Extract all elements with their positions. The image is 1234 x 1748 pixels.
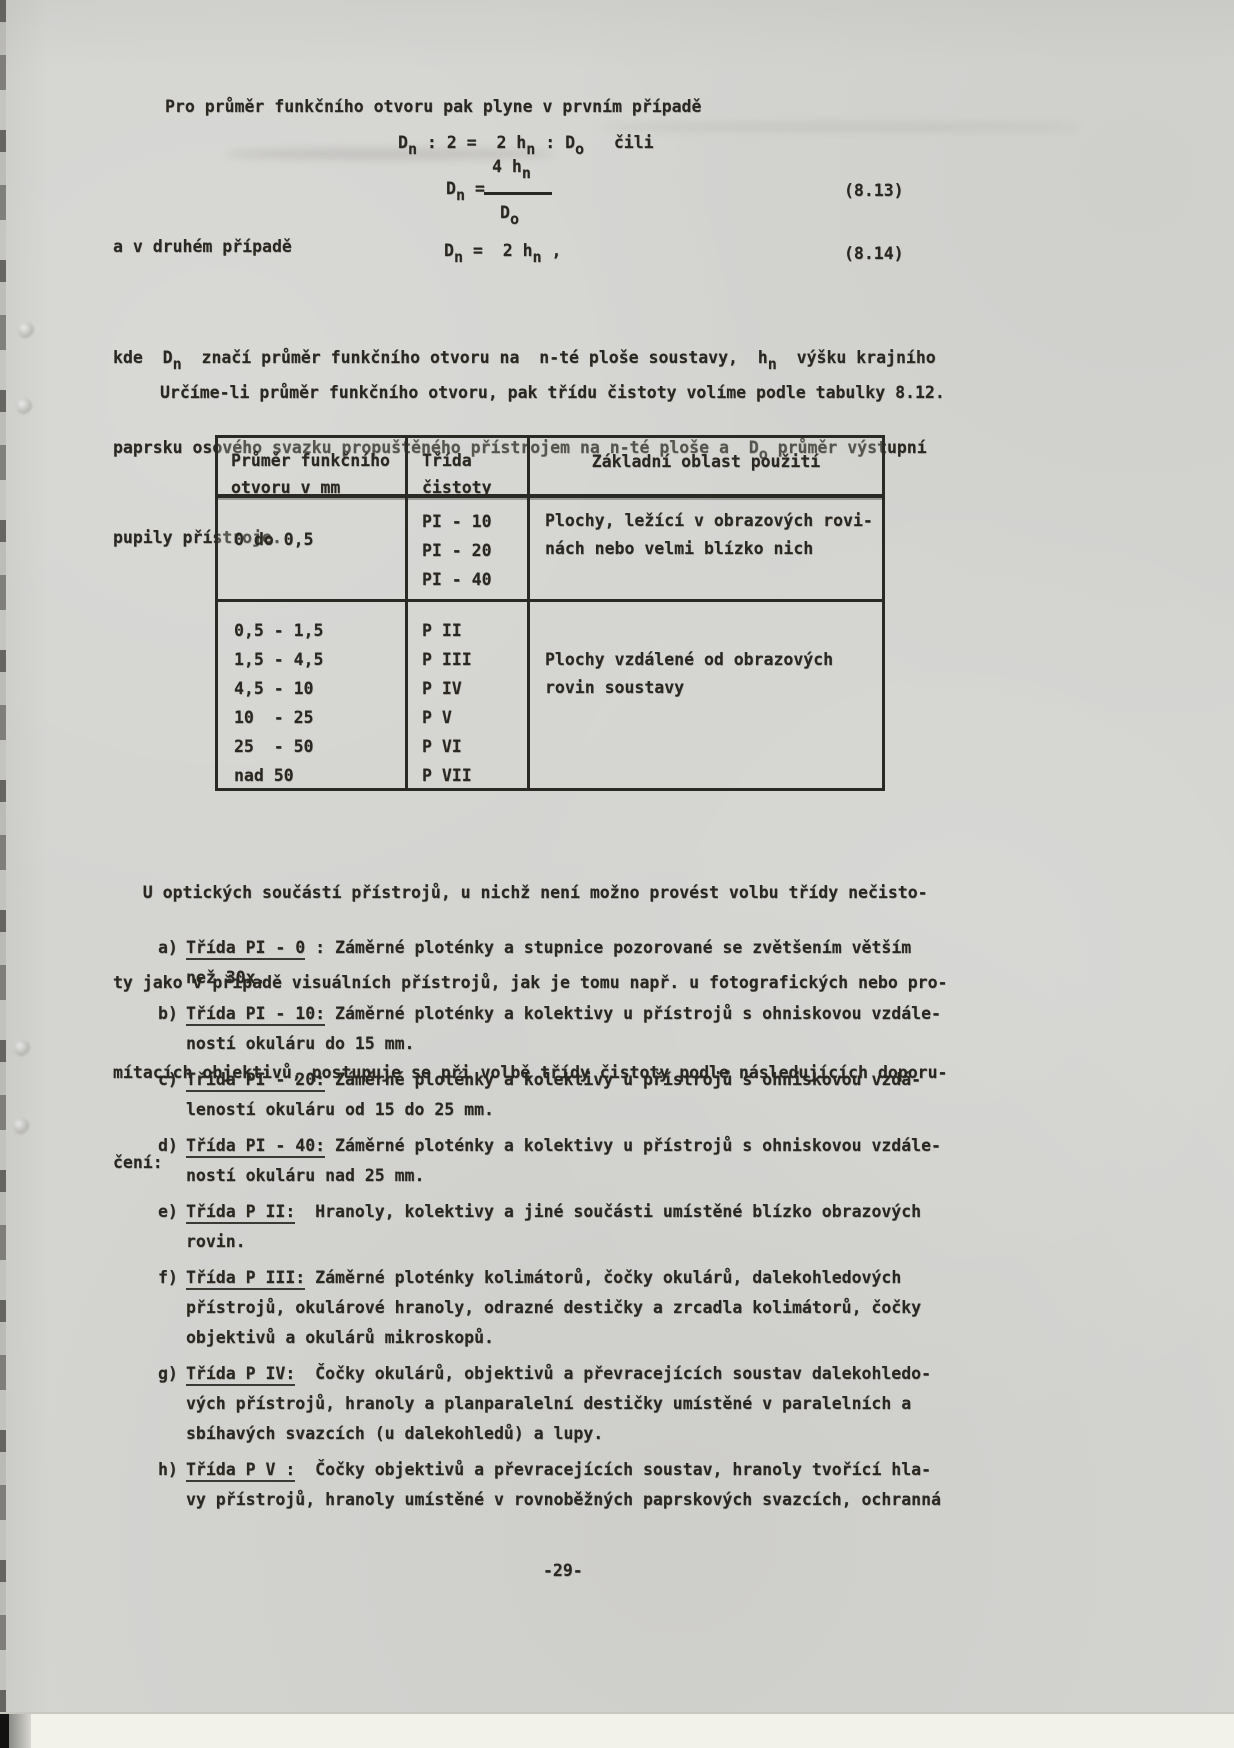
table-row1-range: 0 do 0,5: [218, 498, 405, 602]
fraction-bar: [484, 192, 552, 195]
table-header-usage: Základní oblast použití: [527, 438, 882, 498]
list-item-c: c) Třída PI - 20: Záměrné ploténky a kol…: [158, 1065, 973, 1125]
list-item-a: a) Třída PI - 0 : Záměrné ploténky a stu…: [158, 933, 973, 993]
cleanliness-class-table: Průměr funkčního otvoru v mm Třída čisto…: [215, 435, 885, 791]
equation-813-number: (8.13): [844, 176, 904, 206]
paper-dimple: [16, 398, 32, 414]
table-row2-classes: P II P III P IV P V P VI P VII: [405, 602, 527, 790]
list-item-h: h) Třída P V : Čočky objektivů a převrac…: [158, 1455, 973, 1515]
list-item-d: d) Třída PI - 40: Záměrné ploténky a kol…: [158, 1131, 973, 1191]
scan-corner-shadow: [9, 1714, 31, 1748]
list-item-b: b) Třída PI - 10: Záměrné ploténky a kol…: [158, 999, 973, 1059]
second-case-label: a v druhém případě: [113, 232, 292, 262]
scan-corner-black: [0, 1714, 9, 1748]
equation-813-lhs: Dn =: [446, 174, 485, 204]
paper-dimple: [13, 1118, 29, 1134]
table-row2-usage: Plochy vzdálené od obrazových rovin sous…: [527, 602, 882, 790]
equation-813-numerator: 4 hn: [492, 152, 531, 182]
scan-edge-artifact: [0, 0, 6, 1714]
table-reference-sentence: Určíme-li průměr funkčního otvoru, pak t…: [160, 378, 945, 408]
equation-813-denominator: Do: [500, 198, 519, 228]
intro-sentence: Pro průměr funkčního otvoru pak plyne v …: [165, 92, 701, 122]
page-number: -29-: [543, 1556, 583, 1586]
table-header-class: Třída čistoty: [405, 438, 527, 498]
list-item-g: g) Třída P IV: Čočky okulárů, objektivů …: [158, 1359, 973, 1449]
class-recommendation-list: a) Třída PI - 0 : Záměrné ploténky a stu…: [158, 933, 973, 1521]
equation-814-number: (8.14): [844, 239, 904, 269]
list-item-f: f) Třída P III: Záměrné ploténky kolimát…: [158, 1263, 973, 1353]
scan-smudge: [600, 122, 1080, 132]
paper-dimple: [18, 322, 34, 338]
table-row1-classes: PI - 10 PI - 20 PI - 40: [405, 498, 527, 602]
definition-line-1: kde Dn značí průměr funkčního otvoru na …: [113, 343, 936, 373]
scanned-document-page: Pro průměr funkčního otvoru pak plyne v …: [0, 0, 1234, 1748]
table-header-diameter: Průměr funkčního otvoru v mm: [218, 438, 405, 498]
table-row1-usage: Plochy, ležící v obrazových rovi- nách n…: [527, 498, 882, 602]
table-row2-ranges: 0,5 - 1,5 1,5 - 4,5 4,5 - 10 10 - 25 25 …: [218, 602, 405, 790]
list-item-e: e) Třída P II: Hranoly, kolektivy a jiné…: [158, 1197, 973, 1257]
paper-dimple: [14, 1040, 30, 1056]
scan-bottom-edge: [0, 1712, 1234, 1748]
equation-814: Dn = 2 hn ,: [444, 236, 561, 266]
